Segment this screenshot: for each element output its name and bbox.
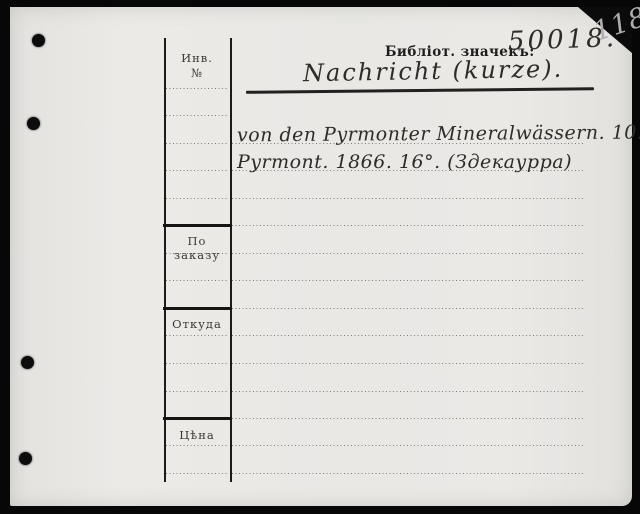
field-label-text: № bbox=[164, 66, 230, 80]
dotted-rule bbox=[166, 198, 229, 199]
dotted-rule bbox=[232, 198, 585, 199]
dotted-rule bbox=[232, 391, 585, 392]
dotted-rule bbox=[166, 170, 229, 171]
field-price: Цѣна bbox=[164, 428, 230, 442]
dotted-rule bbox=[232, 418, 585, 419]
dotted-rule bbox=[166, 445, 229, 446]
field-label-text: Инв. bbox=[181, 51, 213, 65]
catalog-card-page: 118 Библіот. значекъ: 50018. Nachricht (… bbox=[10, 7, 632, 506]
field-label-text: Откуда bbox=[172, 317, 222, 331]
dotted-rule bbox=[166, 473, 229, 474]
dotted-rule bbox=[232, 363, 585, 364]
library-mark-number: 50018. bbox=[508, 23, 618, 57]
dotted-rule bbox=[232, 143, 585, 144]
dotted-rule bbox=[166, 280, 229, 281]
field-label-text: По заказу bbox=[174, 234, 220, 262]
field-label-text: Цѣна bbox=[179, 428, 215, 442]
entry-title: Nachricht (kurze). bbox=[303, 55, 564, 88]
dotted-rule bbox=[166, 88, 229, 89]
dotted-rule bbox=[232, 280, 585, 281]
punch-hole bbox=[21, 356, 34, 369]
section-divider bbox=[163, 224, 232, 227]
section-divider bbox=[163, 417, 232, 420]
field-origin: Откуда bbox=[164, 317, 230, 331]
dotted-rule bbox=[232, 225, 585, 226]
section-divider bbox=[163, 307, 232, 310]
dotted-rule bbox=[232, 445, 585, 446]
dotted-rule bbox=[166, 335, 229, 336]
field-by-order: По заказу bbox=[164, 234, 230, 262]
punch-hole bbox=[27, 117, 40, 130]
dotted-rule bbox=[232, 473, 585, 474]
punch-hole bbox=[32, 34, 45, 47]
field-inventory-number: Инв. № bbox=[164, 51, 230, 80]
dotted-rule bbox=[166, 391, 229, 392]
dotted-rule bbox=[232, 335, 585, 336]
dotted-rule bbox=[232, 308, 585, 309]
dotted-rule bbox=[232, 170, 585, 171]
title-underline bbox=[246, 87, 594, 93]
dotted-rule bbox=[166, 115, 229, 116]
column-border-line bbox=[230, 38, 232, 482]
dotted-rule bbox=[166, 143, 229, 144]
punch-hole bbox=[19, 452, 32, 465]
dotted-rule bbox=[166, 363, 229, 364]
dotted-rule bbox=[232, 253, 585, 254]
